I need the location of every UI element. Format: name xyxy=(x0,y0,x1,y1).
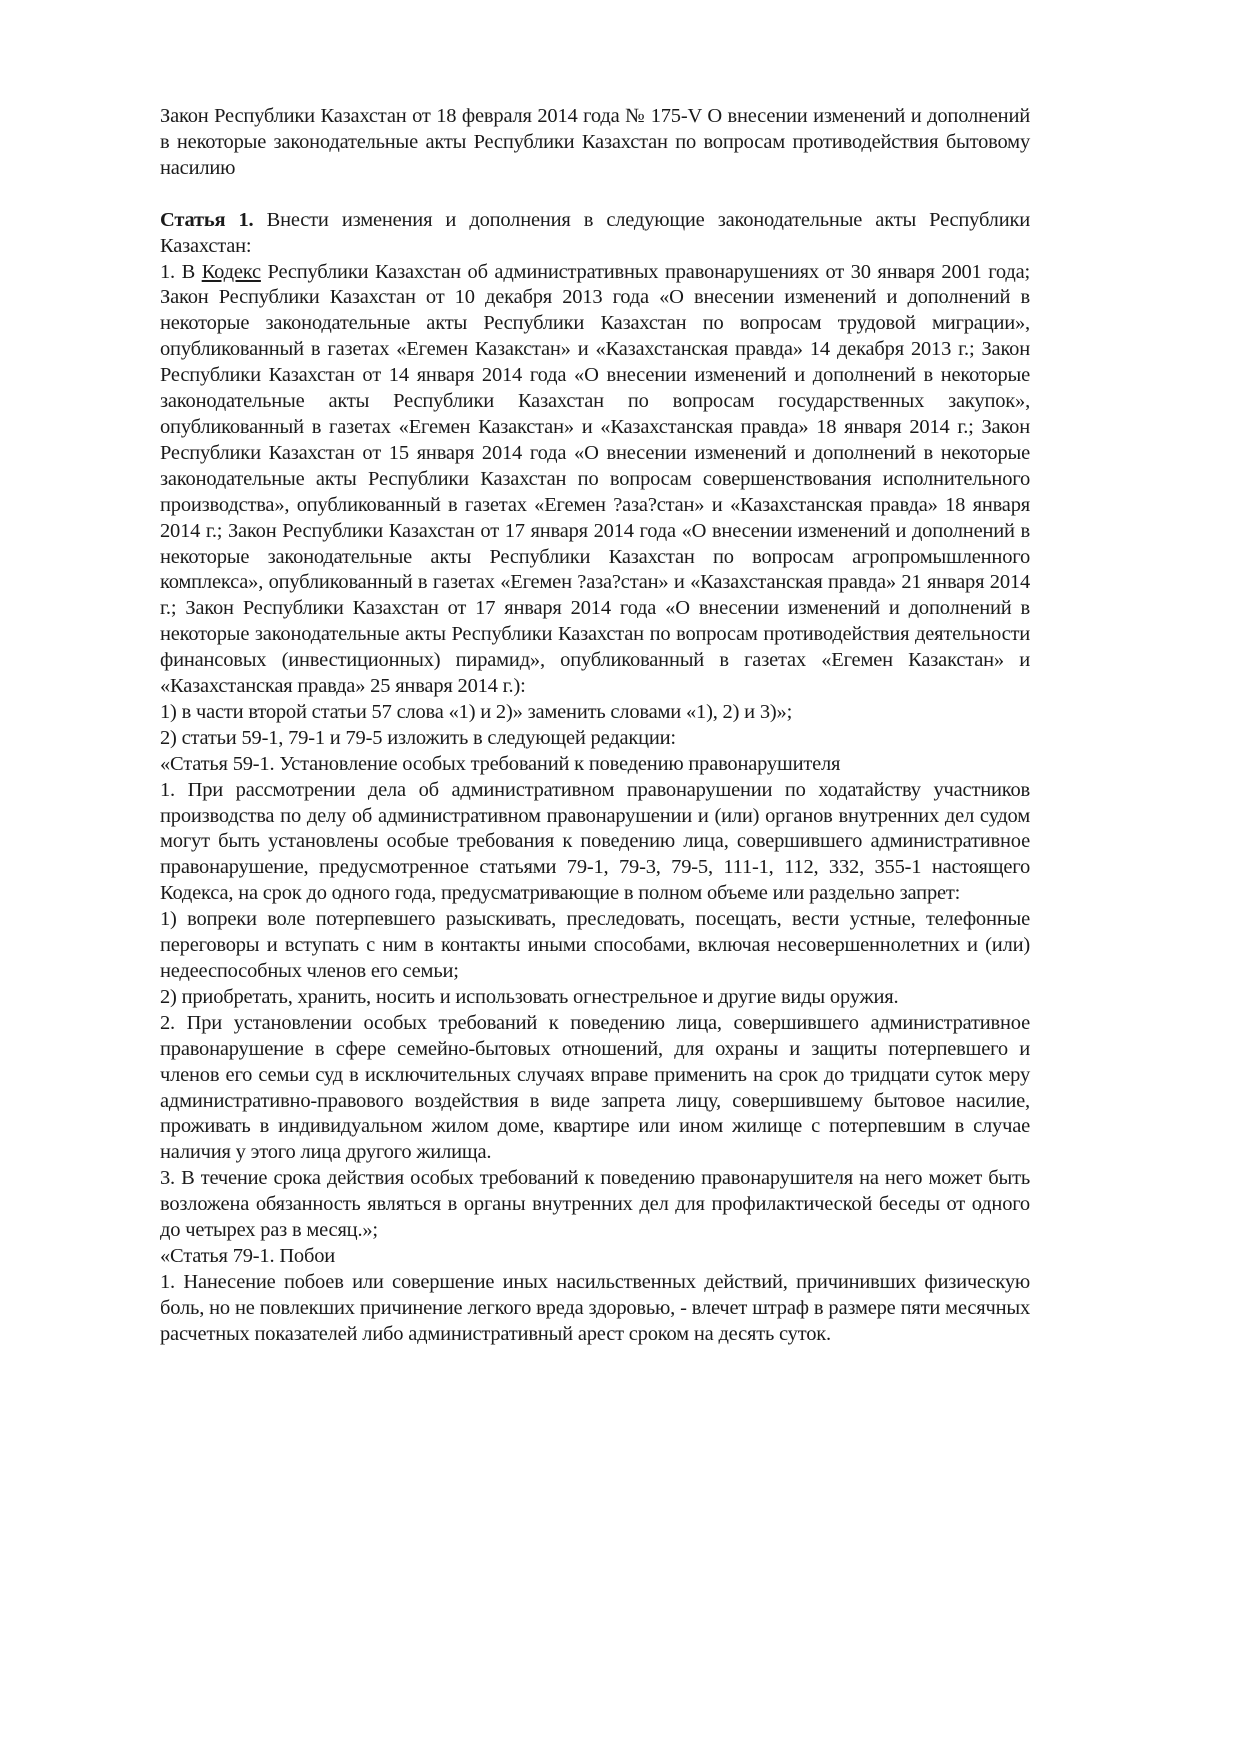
codex-link[interactable]: Кодекс xyxy=(202,261,261,283)
item-1-prefix: 1. В xyxy=(160,261,202,283)
paragraph: 2) приобретать, хранить, носить и исполь… xyxy=(160,985,1030,1011)
paragraph: 3. В течение срока действия особых требо… xyxy=(160,1166,1030,1244)
paragraph: 1. Нанесение побоев или совершение иных … xyxy=(160,1270,1030,1348)
item-1: 1. В Кодекс Республики Казахстан об адми… xyxy=(160,260,1030,700)
article-1: Статья 1. Внести изменения и дополнения … xyxy=(160,208,1030,260)
paragraph: 2. При установлении особых требований к … xyxy=(160,1011,1030,1166)
spacer xyxy=(160,182,1030,208)
article-intro: Внести изменения и дополнения в следующи… xyxy=(160,209,1030,257)
item-1-text: Республики Казахстан об административных… xyxy=(160,261,1030,698)
article-59-1-heading: «Статья 59-1. Установление особых требов… xyxy=(160,752,1030,778)
document-title: Закон Республики Казахстан от 18 февраля… xyxy=(160,104,1030,182)
document-page: Закон Республики Казахстан от 18 февраля… xyxy=(160,104,1030,1348)
paragraph: 1. При рассмотрении дела об администрати… xyxy=(160,778,1030,908)
paragraph: 2) статьи 59-1, 79-1 и 79-5 изложить в с… xyxy=(160,726,1030,752)
article-heading: Статья 1. xyxy=(160,209,253,231)
paragraph: 1) вопреки воле потерпевшего разыскивать… xyxy=(160,907,1030,985)
paragraph: 1) в части второй статьи 57 слова «1) и … xyxy=(160,700,1030,726)
article-79-1-heading: «Статья 79-1. Побои xyxy=(160,1244,1030,1270)
